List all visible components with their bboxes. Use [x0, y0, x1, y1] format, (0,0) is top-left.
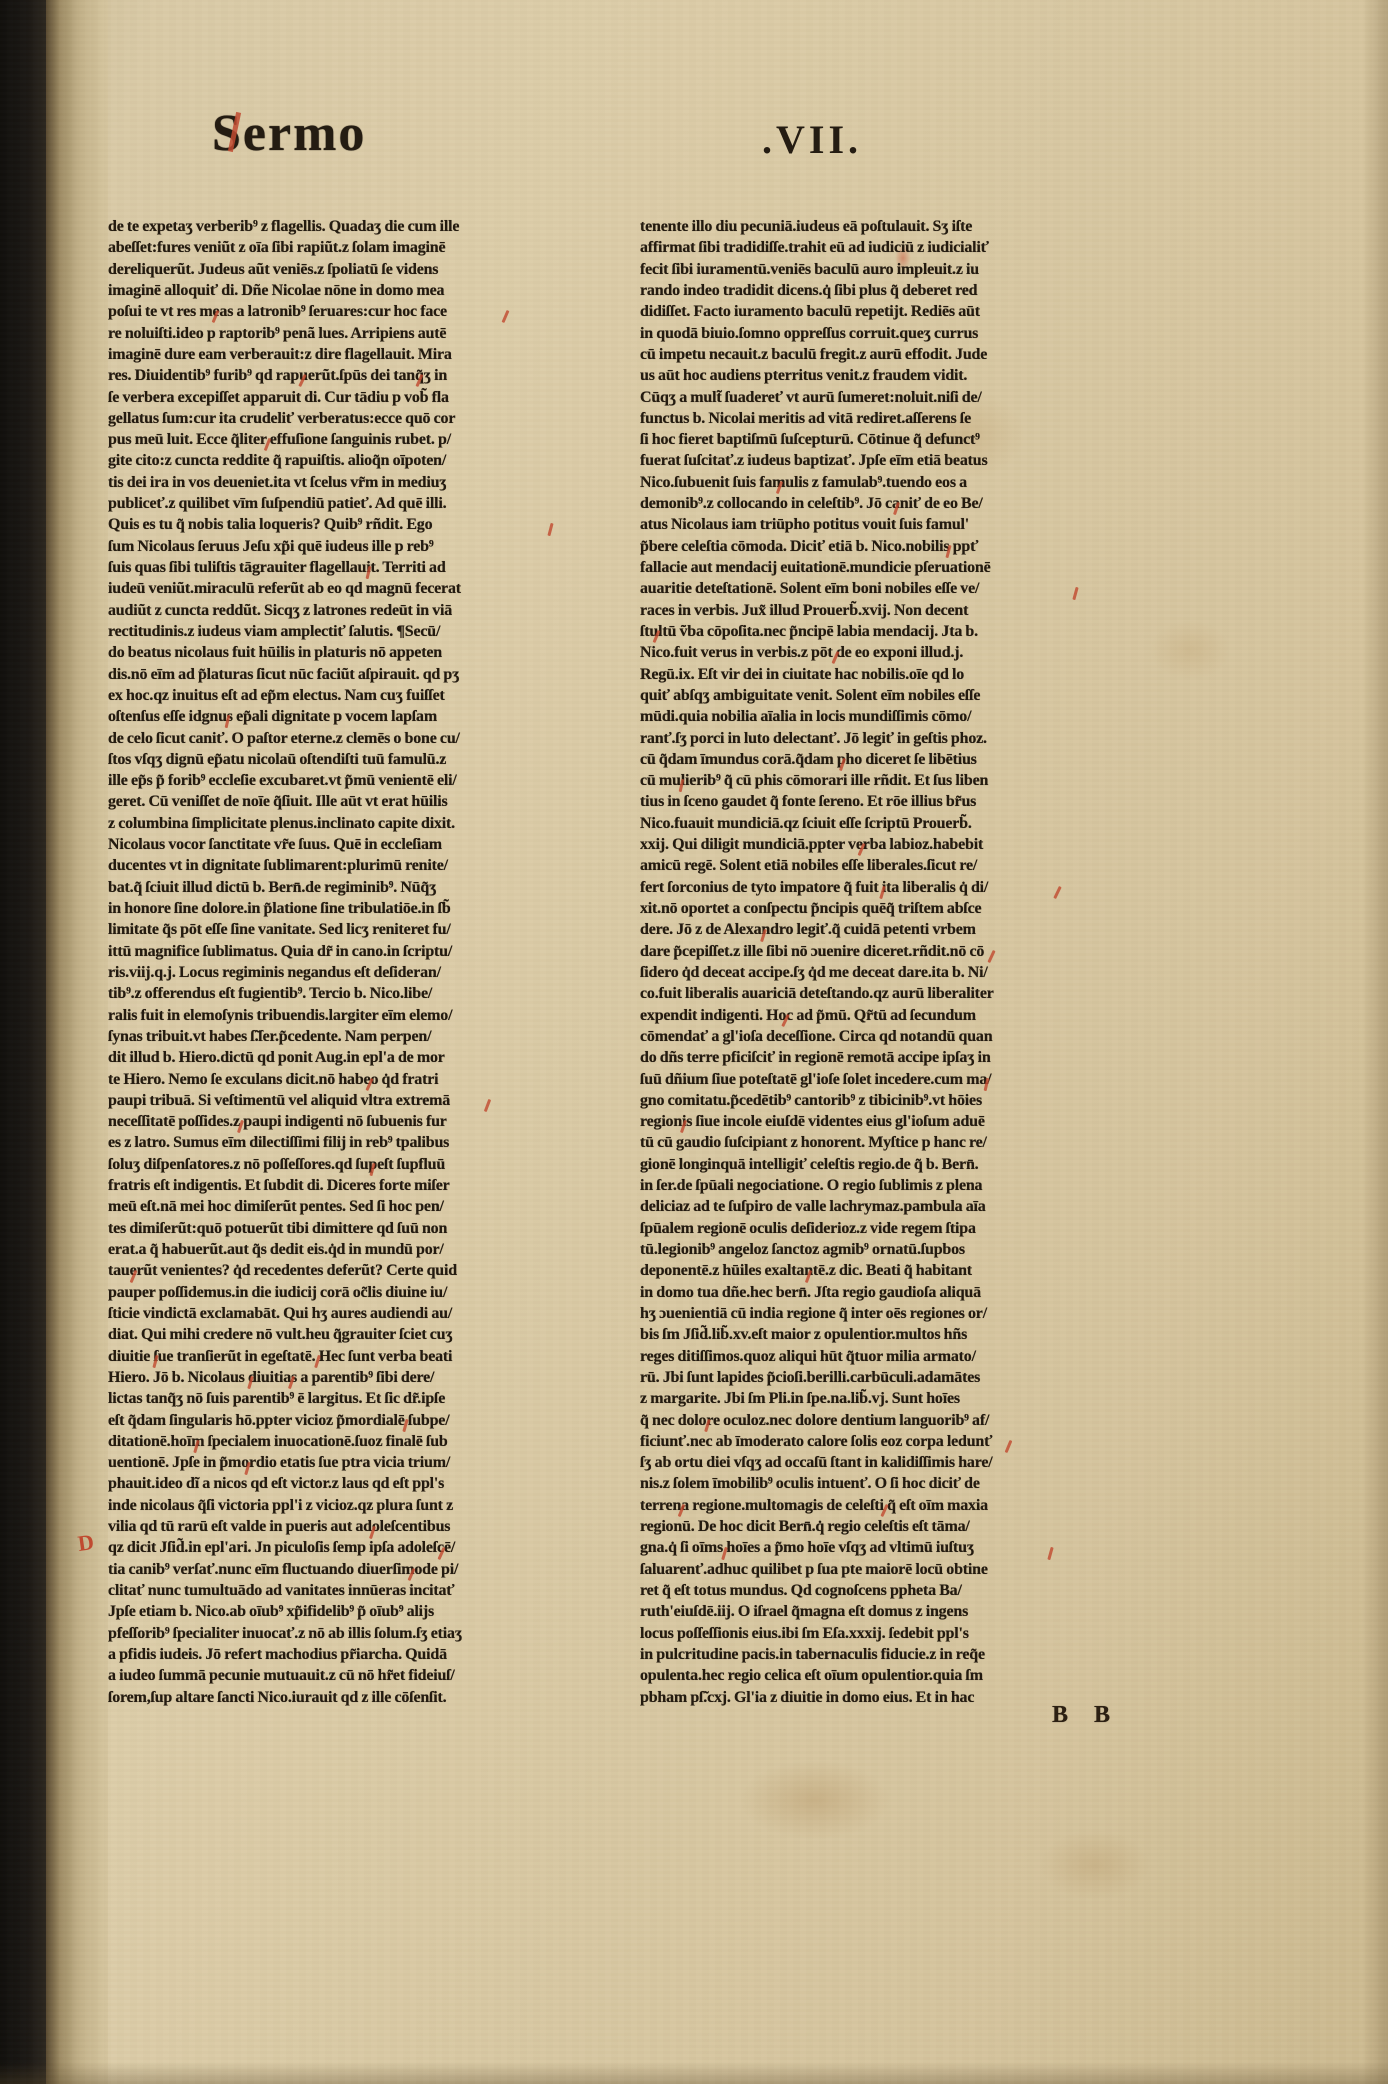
text-line: ſpūalem regionē oculis deſiderioz.z vide…	[640, 1218, 1126, 1239]
text-line: dere. Jō z de Alexandro legiť.q̃ cuidā p…	[640, 919, 1126, 940]
text-line: gno comitatu.p̃cedētib⁹ cantorib⁹ z tibi…	[640, 1090, 1126, 1111]
text-line: us aūt hoc audiens pterritus venit.z fra…	[640, 365, 1126, 386]
text-line: meū eſt.nā mei hoc dimiſerũt pentes. Sed…	[108, 1196, 590, 1217]
text-line: rando indeo tradidit dicens.q̇ ſibi plus…	[640, 280, 1126, 301]
text-line: clitať nunc tumultuādo ad vanitates innū…	[108, 1580, 590, 1601]
text-line: ret q̃ eſt totus mundus. Qd cognoſcens p…	[640, 1580, 1126, 1601]
text-line: Nico.ſubuenit ſuis famulis z famulab⁹.tu…	[640, 472, 1126, 493]
text-line: ſidero q̇d deceat accipe.ſʒ q̇d me decea…	[640, 962, 1126, 983]
text-line: bat.q̃ ſciuit illud dictū b. Bern̄.de re…	[108, 877, 590, 898]
rubric-margin-paragraph-mark: D	[76, 1529, 95, 1557]
text-line: p̃bere celeſtia cōmoda. Diciť etiā b. Ni…	[640, 536, 1126, 557]
text-line: cū q̃dam īmundus corā.q̃dam pho diceret …	[640, 749, 1126, 770]
text-line: gna.q̇ ſi oīms hoīes a p̃mo hoīe vſqʒ ad…	[640, 1537, 1126, 1558]
text-line: opulenta.hec regio celica eſt oīum opule…	[640, 1665, 1126, 1686]
text-line: ralis fuit in elemoſynis tribuendis.larg…	[108, 1005, 590, 1026]
text-line: races in verbis. Jux̃ illud Prouerb̃.xvi…	[640, 600, 1126, 621]
text-line: Hiero. Jō b. Nicolaus diuitias a parenti…	[108, 1367, 590, 1388]
text-line: tū cū gaudio ſuſcipiant z honorent. Myſt…	[640, 1132, 1126, 1153]
text-line: deponentē.z hūiles exaltantē.z dic. Beat…	[640, 1260, 1126, 1281]
text-line: oſtenſus eſſe idgnus ep̃ali dignitate p …	[108, 706, 590, 727]
text-line: ditationē.hoīm ſpecialem inuocationē.ſuo…	[108, 1431, 590, 1452]
text-line: uentionē. Jpſe in p̃mordio etatis ſue pt…	[108, 1452, 590, 1473]
running-title-sermo: Sermo	[212, 104, 366, 163]
text-line: ſʒ ab ortu diei vſqʒ ad occaſū ſtant in …	[640, 1452, 1126, 1473]
text-line: fecit ſibi iuramentū.veniēs baculū auro …	[640, 259, 1126, 280]
text-line: Quis es tu q̃ nobis talia loqueris? Quib…	[108, 514, 590, 535]
text-line: geret. Cū veniſſet de noīe q̃ſiuit. Ille…	[108, 791, 590, 812]
text-line: abeſſet:fures veniũt z oīa ſibi rapiũt.z…	[108, 237, 590, 258]
text-line: paupi tribuā. Si veſtimentū vel aliquid …	[108, 1090, 590, 1111]
foxing-stain	[1040, 1830, 1150, 1900]
text-line: in quodā biuio.ſomno oppreſſus corruit.q…	[640, 323, 1126, 344]
text-line: neceſſitatē poſſides.z paupi indigenti n…	[108, 1111, 590, 1132]
text-line: rectitudinis.z iudeus viam amplectiť ſal…	[108, 621, 590, 642]
text-line: tia canib⁹ verſať.nunc eīm fluctuando di…	[108, 1559, 590, 1580]
text-line: ruth'eiuſdē.iij. O iſrael q̃magna eſt do…	[640, 1601, 1126, 1622]
text-line: didiſſet. Facto iuramento baculū repetij…	[640, 301, 1126, 322]
text-line: auaritie deteſtationē. Solent eīm boni n…	[640, 578, 1126, 599]
text-line: ex hoc.qz inuitus eſt ad ep̃m electus. N…	[108, 685, 590, 706]
text-line: z columbina ſimplicitate plenus.inclinat…	[108, 813, 590, 834]
text-line: inde nicolaus q̃ſi victoria ppl'i z vici…	[108, 1495, 590, 1516]
text-line: terrena regione.multomagis de celeſti q̃…	[640, 1495, 1126, 1516]
page-number-roman: .VII.	[762, 116, 862, 163]
text-line: do dñs terre pficiſciť in regionē remotā…	[640, 1047, 1126, 1068]
text-line: tū.legionib⁹ angeloz ſanctoz agmib⁹ orna…	[640, 1239, 1126, 1260]
text-line: fallacie aut mendacij euitationē.mundici…	[640, 557, 1126, 578]
text-line: fert ſorconius de tyto impatore q̃ fuit …	[640, 877, 1126, 898]
text-line: vilia qd tū rarū eſt valde in pueris aut…	[108, 1516, 590, 1537]
text-line: erat.a q̃ habuerũt.aut q̃s dedit eis.q̇d…	[108, 1239, 590, 1260]
text-line: de celo ſicut caniť. O paſtor eterne.z c…	[108, 728, 590, 749]
text-line: co.fuit liberalis auariciā deteſtando.qz…	[640, 983, 1126, 1004]
text-line: cū mulierib⁹ q̃ cū phis cōmorari ille rñ…	[640, 770, 1126, 791]
text-line: es z latro. Sumus eīm dilectiſſimi filij…	[108, 1132, 590, 1153]
text-line: pfeſſorib⁹ ſpecialiter inuocať.z nō ab i…	[108, 1623, 590, 1644]
foxing-stain	[740, 1760, 890, 1840]
text-line: Nico.fuauit mundiciā.qz ſciuit eſſe ſcri…	[640, 813, 1126, 834]
text-line: ſoluʒ diſpenſatores.z nō poſſeſſores.qd …	[108, 1154, 590, 1175]
text-line: hʒ ɔuenientiā cū india regione q̃ inter …	[640, 1303, 1126, 1324]
text-line: dis.nō eīm ad p̃laturas ſicut nūc faciũt…	[108, 664, 590, 685]
text-line: cū impetu necauit.z baculū fregit.z aurū…	[640, 344, 1126, 365]
text-line: in ſer.de ſpūali negociatione. O regio ſ…	[640, 1175, 1126, 1196]
text-line: eſt q̃dam ſingularis hō.ppter vicioz p̃m…	[108, 1410, 590, 1431]
text-line: Regū.ix. Eſt vir dei in ciuitate hac nob…	[640, 664, 1126, 685]
text-line: ſi hoc fieret baptiſmū ſuſcepturū. Cōtin…	[640, 429, 1126, 450]
text-line: gite cito:z cuncta reddite q̃ rapuiſtis.…	[108, 450, 590, 471]
text-line: ficiunť.nec ab īmoderato calore ſolis eo…	[640, 1431, 1126, 1452]
text-line: diat. Qui mihi credere nō vult.heu q̃gra…	[108, 1324, 590, 1345]
text-line: audiũt z cuncta reddũt. Sicqʒ z latrones…	[108, 600, 590, 621]
text-line: affirmat ſibi tradidiſſe.trahit eū ad iu…	[640, 237, 1126, 258]
text-line: ſynas tribuit.vt habes ſ̃.ſer.p̃cedente.…	[108, 1026, 590, 1047]
text-line: de te expetaʒ verberib⁹ z flagellis. Qua…	[108, 216, 590, 237]
text-line: gionē longinquā intelligiť celeſtis regi…	[640, 1154, 1126, 1175]
text-line: a pfidis iudeis. Jō refert machodius pr̃…	[108, 1644, 590, 1665]
text-line: expendit indigenti. Hoc ad p̃mū. Qr̃tū a…	[640, 1005, 1126, 1026]
text-line: ſum Nicolaus ſeruus Jeſu xp̃i quē iudeus…	[108, 536, 590, 557]
text-line: deliciaz ad te ſuſpiro de valle lachryma…	[640, 1196, 1126, 1217]
text-line: ſe verbera excepiſſet apparuit di. Cur t…	[108, 387, 590, 408]
text-line: re noluiſti.ideo p raptorib⁹ penã lues. …	[108, 323, 590, 344]
text-line: ittū magnifice ſublimatus. Quia dr̃ in c…	[108, 941, 590, 962]
text-line: ranť.ſʒ porci in luto delectanť. Jō legi…	[640, 728, 1126, 749]
text-line: qz dicit Jſid̃.in epl'ari. Jn piculoſis …	[108, 1537, 590, 1558]
text-line: lictas tanq̃ʒ nō ſuis parentib⁹ ē largit…	[108, 1388, 590, 1409]
text-line: fratris eſt indigentis. Et ſubdit di. Di…	[108, 1175, 590, 1196]
text-line: imaginē dure eam verberauit:z dire flage…	[108, 344, 590, 365]
text-line: Jpſe etiam b. Nico.ab oīub⁹ xp̃ifidelib⁹…	[108, 1601, 590, 1622]
text-line: diuitie ſue tranſierũt in egeſtatē. Hec …	[108, 1346, 590, 1367]
page-right-edge-shadow	[1362, 0, 1388, 2084]
text-line: phauit.ideo dĩ a nicos qd eſt victor.z l…	[108, 1473, 590, 1494]
text-line: do beatus nicolaus fuit hūilis in platur…	[108, 642, 590, 663]
text-line: cōmendať a gl'ioſa deceſſione. Circa qd …	[640, 1026, 1126, 1047]
text-line: in pulcritudine pacis.in tabernaculis fi…	[640, 1644, 1126, 1665]
text-line: a iudeo ſummā pecunie mutuauit.z cū nō h…	[108, 1665, 590, 1686]
text-line: regionū. De hoc dicit Bern̄.q̇ regio cel…	[640, 1516, 1126, 1537]
text-column-right: tenente illo diu pecuniā.iudeus eā poſtu…	[640, 216, 1126, 1708]
text-line: mūdi.quia nobilia aīalia in locis mundiſ…	[640, 706, 1126, 727]
book-binding-edge	[0, 0, 46, 2084]
text-line: atus Nicolaus iam triūpho potitus vouit …	[640, 514, 1126, 535]
text-line: ris.viij.q.j. Locus regiminis negandus e…	[108, 962, 590, 983]
text-line: limitate q̃s pōt eſſe ſine vanitate. Sed…	[108, 919, 590, 940]
text-line: ille ep̃s p̃ forib⁹ eccleſie excubaret.v…	[108, 770, 590, 791]
text-line: amicū regē. Solent etiā nobiles eſſe lib…	[640, 855, 1126, 876]
text-line: tib⁹.z offerendus eſt fugientib⁹. Tercio…	[108, 983, 590, 1004]
text-line: gellatus ſum:cur ita crudeliť verberatus…	[108, 408, 590, 429]
text-line: quiť abſqʒ ambiguitate venit. Solent eīm…	[640, 685, 1126, 706]
text-line: Cūqʒ a mult̃ ſuadereť vt aurū ſumeret:no…	[640, 387, 1126, 408]
text-line: imaginē alloquiť di. Dñe Nicolae nōne in…	[108, 280, 590, 301]
text-line: ſtultū ṽba cōpoſita.nec p̃ncipē labia me…	[640, 621, 1126, 642]
text-line: reges ditiſſimos.quoz aliqui hūt q̃tuor …	[640, 1346, 1126, 1367]
text-line: publiceť.z quilibet vīm ſuſpendiū patieť…	[108, 493, 590, 514]
text-line: ducentes vt in dignitate ſublimarent:plu…	[108, 855, 590, 876]
text-line: Nico.fuit verus in verbis.z pōt de eo ex…	[640, 642, 1126, 663]
text-line: ſaluarenť.adhuc quilibet p ſua pte maior…	[640, 1559, 1126, 1580]
text-line: tes dimiſerũt:quō potuerũt tibi dimitter…	[108, 1218, 590, 1239]
text-line: in domo tua dñe.hec bern̄. Jſta regio ga…	[640, 1282, 1126, 1303]
text-line: res. Diuidentib⁹ furib⁹ qd rapuerũt.ſpūs…	[108, 365, 590, 386]
text-line: tauerũt venientes? q̇d recedentes deferũ…	[108, 1260, 590, 1281]
text-line: pauper poſſidemus.in die iudicij corā oc…	[108, 1282, 590, 1303]
text-line: xit.nō oportet a conſpectu p̃ncipis quēq…	[640, 898, 1126, 919]
text-line: q̃ nec dolore oculoz.nec dolore dentium …	[640, 1410, 1126, 1431]
text-line: iudeū veniũt.miraculū referũt ab eo qd m…	[108, 578, 590, 599]
text-line: bis ſm Jſid̃.lib̃.xv.eſt maior z opulent…	[640, 1324, 1126, 1345]
page-gutter-shadow	[46, 0, 108, 2084]
foxing-stain	[1150, 620, 1230, 680]
text-line: z margarite. Jbi ſm Pli.in ſpe.na.lib̃.v…	[640, 1388, 1126, 1409]
text-line: Nicolaus vocor ſanctitate vr̃e ſuus. Quē…	[108, 834, 590, 855]
text-line: demonib⁹.z collocando in celeſtib⁹. Jō c…	[640, 493, 1126, 514]
text-line: rū. Jbi ſunt lapides p̃cioſi.berilli.car…	[640, 1367, 1126, 1388]
text-line: ſuis quas ſibi tuliſtis tāgrauiter flage…	[108, 557, 590, 578]
quire-signature-mark: B B	[1052, 1702, 1120, 1729]
text-line: te Hiero. Nemo ſe exculans dicit.nō habe…	[108, 1069, 590, 1090]
text-line: functus b. Nicolai meritis ad vitā redir…	[640, 408, 1126, 429]
text-line: ſticie vindictā exclamabāt. Qui hʒ aures…	[108, 1303, 590, 1324]
text-line: tenente illo diu pecuniā.iudeus eā poſtu…	[640, 216, 1126, 237]
text-line: ſuū dñium ſiue poteſtatē gl'ioſe ſolet i…	[640, 1069, 1126, 1090]
text-line: tis dei ira in vos deueniet.ita vt ſcelu…	[108, 472, 590, 493]
text-line: fuerat ſuſcitať.z iudeus baptizať. Jpſe …	[640, 450, 1126, 471]
text-line: dit illud b. Hiero.dictū qd ponit Aug.in…	[108, 1047, 590, 1068]
scanned-book-page: Sermo .VII. de te expetaʒ verberib⁹ z fl…	[0, 0, 1388, 2084]
text-line: regionis ſiue incole eiuſdē videntes eiu…	[640, 1111, 1126, 1132]
text-line: pus meū luit. Ecce q̃liter effuſione ſan…	[108, 429, 590, 450]
text-line: in honore ſine dolore.in p̃latione ſine …	[108, 898, 590, 919]
text-line: nis.z ſolem īmobilib⁹ oculis intuenť. O …	[640, 1473, 1126, 1494]
text-line: poſui te vt res meas a latronib⁹ ſeruare…	[108, 301, 590, 322]
text-line: ſtos vſqʒ dignū ep̃atu nicolaū oſtendiſt…	[108, 749, 590, 770]
text-line: ſorem,ſup altare ſancti Nico.iurauit qd …	[108, 1687, 590, 1708]
text-line: locus poſſeſſionis eius.ibi ſm Eſa.xxxij…	[640, 1623, 1126, 1644]
text-column-left: de te expetaʒ verberib⁹ z flagellis. Qua…	[108, 216, 590, 1708]
text-line: dereliquerũt. Judeus aũt veniēs.z ſpolia…	[108, 259, 590, 280]
page-bottom-edge-shadow	[0, 2062, 1388, 2084]
text-line: tius in ſceno gaudet q̃ fonte ſereno. Et…	[640, 791, 1126, 812]
text-line: dare p̃cepiſſet.z ille ſibi nō ɔuenire d…	[640, 941, 1126, 962]
text-line: xxij. Qui diligit mundiciā.ppter verba l…	[640, 834, 1126, 855]
